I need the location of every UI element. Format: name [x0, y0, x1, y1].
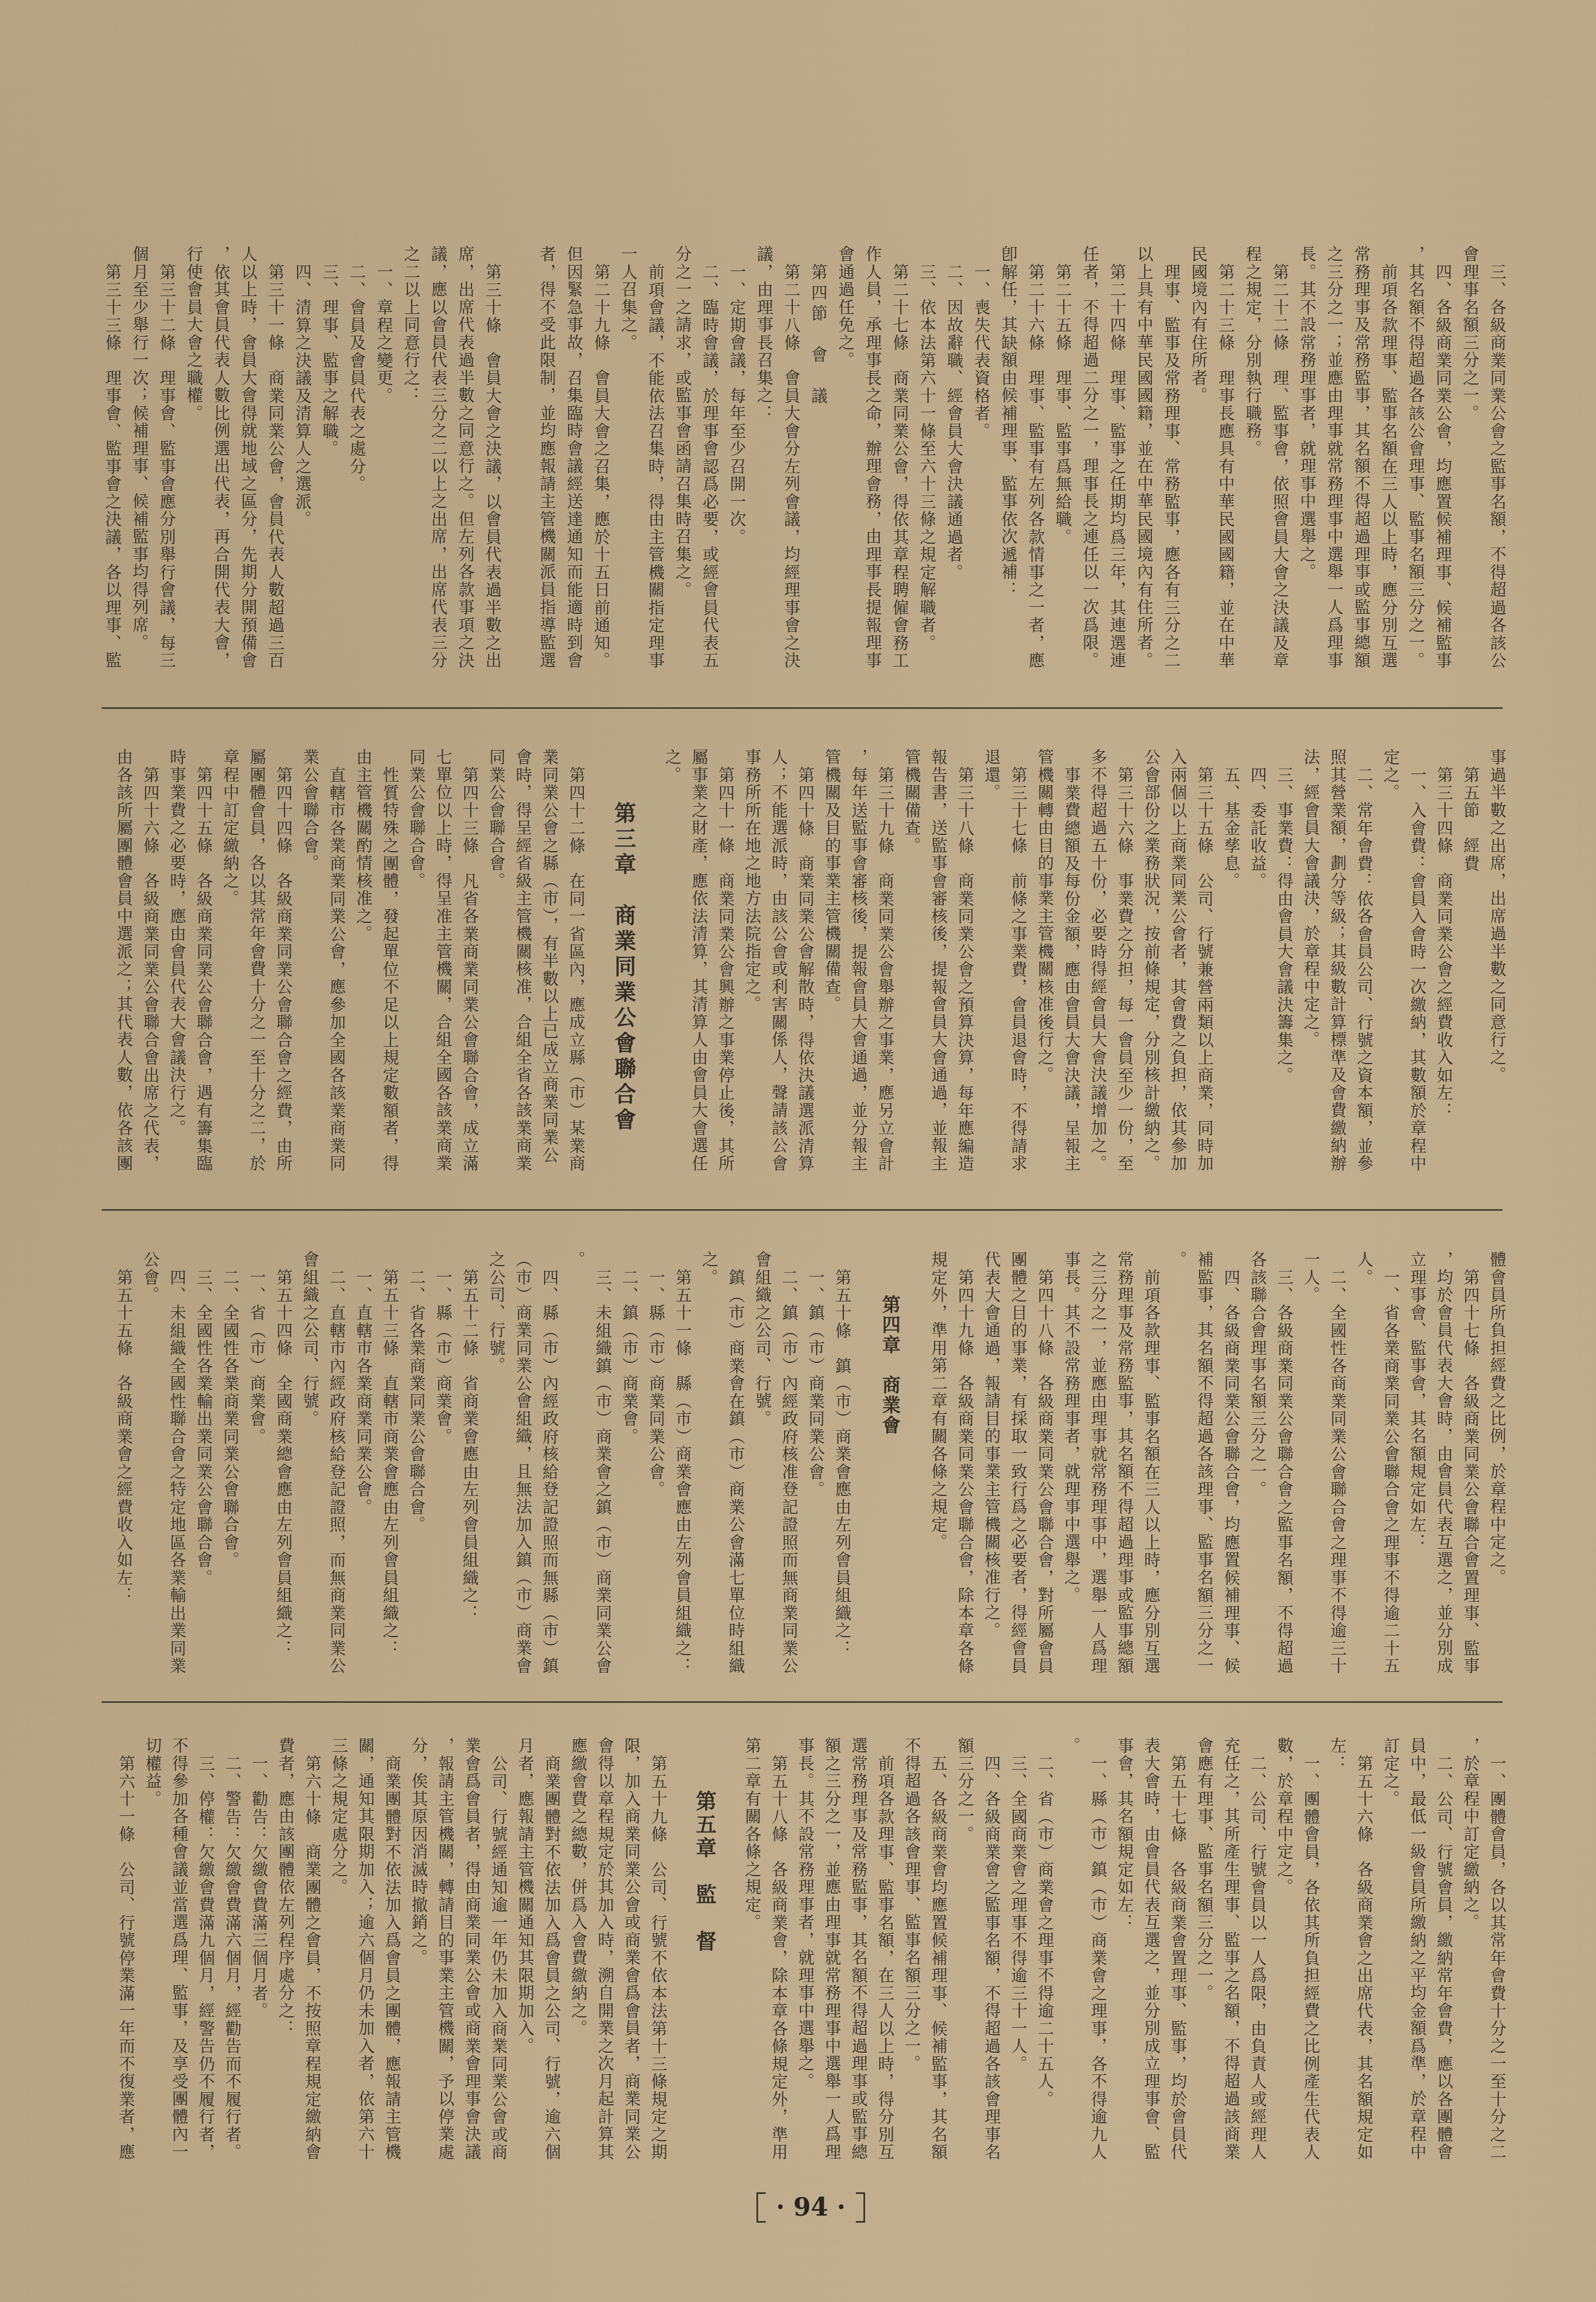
text-column: 團體之目的事業，有採取一致行爲之必要者，得經會員 — [1004, 1251, 1031, 1675]
text-band-4: 一、團體會員，各以其常年會費十分之一至十分之二 ，於章程中訂定繳納之。 二、公司… — [112, 1737, 1510, 2161]
text-column: 三、各級商業同業公會之監事名額，不得超過各該公 — [1483, 246, 1510, 669]
text-column: 第三十七條 前條之事業費，會員退會時，不得請求 — [1004, 749, 1031, 1172]
text-column: 三條之規定處分之。 — [325, 1737, 351, 2161]
text-column: 者，得不受此限制，並均應報請主管機關派員指導監選 — [532, 246, 559, 669]
text-column: 一、縣（市）商業會。 — [429, 1251, 456, 1675]
text-column: 規定外，準用第二章有關各條之規定。 — [924, 1251, 951, 1675]
text-column: 四、清算之決議及清算人之選派。 — [288, 246, 315, 669]
text-column: 一、團體會員，各依其所負担經費之比例產生代表人 — [1297, 1737, 1323, 2161]
text-column: 屬事業之財產，應依法清算，其清算人由會員大會選任 — [685, 749, 711, 1172]
text-column: 第五十一條 縣（市）商業會應由左列會員組織之： — [668, 1251, 695, 1675]
text-column: 會時，得呈經省級主管機關核准，合組全省各該業商業 — [509, 749, 535, 1172]
text-column: 三、理事、監事之解職。 — [315, 246, 342, 669]
text-column: 之公司、行號。 — [482, 1251, 509, 1675]
text-column: 第四十九條 各級商業同業公會聯合會，除本章各條 — [951, 1251, 977, 1675]
text-column: 前項各款理事、監事名額在三人以上時，應分別互選 — [1137, 1251, 1164, 1675]
text-column: 三、全國商業會之理事不得逾三十一人。 — [1004, 1737, 1031, 2161]
divider-line — [102, 1209, 1503, 1211]
text-column: 。 — [1164, 1251, 1190, 1675]
text-column: 五、各級商業會均應置候補理事、候補監事，其名額 — [924, 1737, 951, 2161]
text-column: 分之一之請求，或監事會函請召集時召集之。 — [668, 246, 695, 669]
text-column: 五、基金孳息。 — [1217, 749, 1244, 1172]
text-column: 程之規定，分別執行職務。 — [1238, 246, 1265, 669]
text-column: 第三十條 會員大會之決議，以會員代表過半數之出 — [478, 246, 505, 669]
text-column: 卽解任，其缺額由候補理事、監事依次遞補： — [994, 246, 1021, 669]
text-column: 第四十六條 各級商業同業公會聯合會出席之代表， — [136, 749, 163, 1172]
text-column: 法，經會員大會議決，於章程中定之。 — [1297, 749, 1323, 1172]
text-column: 二、鎮（市）商業會。 — [615, 1251, 642, 1675]
text-column: 應繳會費之總數，併爲入會費繳納之。 — [564, 1737, 591, 2161]
text-column: 第二十七條 商業同業公會，得依其章程聘僱會務工 — [885, 246, 912, 669]
text-column: 第五十三條 直轄市商業會應由左列會員組織之： — [376, 1251, 402, 1675]
text-column: 第三十三條 理事會、監事會之決議，各以理事、監 — [98, 246, 125, 669]
text-column: 管機關備查。 — [898, 749, 924, 1172]
text-column: 二、公司、行號會員，繳納常年會費，應以各團體會 — [1430, 1737, 1456, 2161]
text-column: 任者，不得超過二分之一，理事長之連任以一次爲限。 — [1075, 246, 1102, 669]
text-column: 第五十八條 各級商業會，除本章各條規定外，準用 — [765, 1737, 791, 2161]
text-column: 會組織之公司、行號。 — [748, 1251, 775, 1675]
text-column: 人；不能選派時，由該公會或利害關係人，聲請該公會 — [765, 749, 791, 1172]
text-column: 一、縣（市）商業同業公會。 — [642, 1251, 668, 1675]
text-column: 商業團體對不依法加入爲會員之公司、行號，逾六個 — [538, 1737, 564, 2161]
text-column: 額三分之一。 — [951, 1737, 977, 2161]
text-column: 一、喪失代表資格者。 — [967, 246, 994, 669]
text-column: 事過半數之出席，出席過半數之同意行之。 — [1483, 749, 1510, 1172]
text-column: 會得以章程規定於其加入時，溯自開業之次月起計算其 — [591, 1737, 617, 2161]
text-column: 第三十一條 商業同業公會，會員代表人數超過三百 — [261, 246, 288, 669]
text-column: 二、公司、行號會員以一人爲限，由負責人或經理人 — [1244, 1737, 1270, 2161]
text-column: 二、臨時會議，於理事會認爲必要，或經會員代表五 — [695, 246, 722, 669]
text-band-3: 體會員所負担經費之比例，於章程中定之。 第四十七條 各級商業同業公會聯合會置理事… — [110, 1251, 1510, 1675]
text-column: 一、章程之變更。 — [369, 246, 396, 669]
text-column: 第三十九條 商業同業公會舉辦之事業，應另立會計 — [871, 749, 898, 1172]
text-column: 屬團體會員，各以其常年會費十分之一至十分之二，於 — [243, 749, 269, 1172]
text-column: 數，於章程中定之。 — [1270, 1737, 1297, 2161]
text-column: 業公會聯合會。 — [296, 749, 323, 1172]
text-column: 前項會議，不能依法召集時，得由主管機關指定理事 — [641, 246, 668, 669]
text-column: 第五十五條 各級商業會之經費收入如左： — [110, 1251, 136, 1675]
text-column: 體會員所負担經費之比例，於章程中定之。 — [1483, 1251, 1510, 1675]
text-column: 會組織之公司、行號。 — [296, 1251, 323, 1675]
text-column: 一、縣（市）鎮（市）商業會之理事，各不得逾九人 — [1084, 1737, 1111, 2161]
text-column: 三、各級商業同業公會聯合會之監事名額，不得超過 — [1270, 1251, 1297, 1675]
text-column: 事長。其不設常務理事者，就理事中選舉之。 — [791, 1737, 818, 2161]
text-column: 表大會時，由會員代表互選之，並分別成立理事會、監 — [1137, 1737, 1164, 2161]
text-column: 代表大會通過，報請目的事業主管機關核准行之。 — [977, 1251, 1004, 1675]
text-column: 二、鎮（市）內經政府核准登記證照而無商業同業公 — [775, 1251, 802, 1675]
text-column: 之。 — [695, 1251, 722, 1675]
text-column: 常務理事及常務監事，其名額不得超過理事或監事總額 — [1347, 246, 1374, 669]
text-column: 民國境內有住所者。 — [1184, 246, 1211, 669]
text-column: 選常務理事及常務監事，其名額不得超過理事或監事總 — [844, 1737, 871, 2161]
text-column: 第二章有關各條之規定。 — [738, 1737, 765, 2161]
text-column: 第六十一條 公司、行號停業滿一年而不復業者，應 — [112, 1737, 138, 2161]
text-column: 照其營業額，劃分等級；其級數計算標準及會費繳納辦 — [1323, 749, 1350, 1172]
section-heading: 第四節 會 議 — [804, 246, 831, 669]
text-column: 一、定期會議，每年至少召開一次。 — [722, 246, 749, 669]
divider-line — [102, 707, 1503, 709]
text-column: 第四十五條 各級商業同業公會聯合會，遇有籌集臨 — [190, 749, 216, 1172]
chapter-heading: 第五章 監 督 — [671, 1737, 738, 2161]
text-column: 不得參加各種會議並當選爲理、監事，及享受團體內一 — [165, 1737, 192, 2161]
text-column: 訂定之。 — [1377, 1737, 1403, 2161]
text-column: 第二十三條 理事長應具有中華民國國籍，並在中華 — [1211, 246, 1238, 669]
text-column: 前項各款理事、監事名額在三人以上時，應分別互選 — [1374, 246, 1401, 669]
divider-line — [102, 1701, 1503, 1703]
text-column: 一、省各業商業同業公會聯合會之理事不得逾二十五 — [1377, 1251, 1403, 1675]
text-column: 第二十八條 會員大會分左列會議，均經理事會之決 — [777, 246, 804, 669]
text-column: 管機關轉由目的事業主管機關核准後行之。 — [1031, 749, 1057, 1172]
text-column: 四、未組織全國性聯合會之特定地區各業輸出業同業 — [163, 1251, 190, 1675]
text-column: 第五十六條 各級商業會之出席代表，其名額規定如 — [1350, 1737, 1377, 2161]
text-column: 一、鎮（市）商業同業公會。 — [802, 1251, 828, 1675]
text-column: 第四十八條 各級商業同業公會聯合會，對所屬會員 — [1031, 1251, 1057, 1675]
text-column: 二、直轄市內經政府核給登記證照，而無商業同業公 — [323, 1251, 349, 1675]
text-column: 切權益。 — [138, 1737, 165, 2161]
text-column: 事務所所在地之地方法院指定之。 — [738, 749, 765, 1172]
text-column: 業同業公會之縣（市），有半數以上已成立商業同業公 — [535, 749, 562, 1172]
text-column: ，均於會員代表大會時，由會員代表互選之，並分別成 — [1430, 1251, 1456, 1675]
text-column: 多不得超過五十份，必要時得經會員大會決議增加之。 — [1084, 749, 1111, 1172]
text-column: 個月至少舉行一次；候補理事、候補監事均得列席。 — [125, 246, 152, 669]
text-column: 二、警告：欠繳會費滿六個月，經勸告而不履行者。 — [218, 1737, 245, 2161]
text-column: 定之。 — [1377, 749, 1403, 1172]
text-column: 二、會員及會員代表之處分。 — [342, 246, 369, 669]
text-column: 額之三分之一，並應由理事就常務理事中選舉一人爲理 — [818, 1737, 844, 2161]
text-column: 議，由理事長召集之： — [749, 246, 777, 669]
text-column: 三、未組織鎮（市）商業會之鎮（市）商業同業公會 — [589, 1251, 615, 1675]
text-column: 四、各級商業同業公會聯合會，均應置候補理事、候 — [1217, 1251, 1244, 1675]
text-column: 二、全國性各商業同業公會聯合會之理事不得逾三十 — [1323, 1251, 1350, 1675]
text-column: 會理事名額三分之一。 — [1455, 246, 1483, 669]
text-column: 四、縣（市）內經政府核給登記證照而無縣（市）鎮 — [535, 1251, 562, 1675]
text-column: 三、依本法第六十一條至六十三條之規定解職者。 — [912, 246, 939, 669]
text-column: 一人召集之。 — [614, 246, 641, 669]
text-column: 一、入會費：會員入會時一次繳納，其數額於章程中 — [1403, 749, 1430, 1172]
text-column: 一、勸告：欠繳會費滿三個月者。 — [245, 1737, 272, 2161]
text-column: 長。其不設常務理事者，就理事中選舉之。 — [1292, 246, 1320, 669]
text-column: 分，俟其原因消滅時撤銷之。 — [405, 1737, 431, 2161]
text-column: 各該聯合會理事名額三分之一。 — [1244, 1251, 1270, 1675]
text-column: 管機關及目的事業主管機關備查。 — [818, 749, 844, 1172]
text-column: 二、常年會費：依各會員公司、行號之資本額，並參 — [1350, 749, 1377, 1172]
text-column: 議，應以會員代表三分之二以上之出席，出席代表三分 — [424, 246, 451, 669]
text-column: 會通過任免之。 — [831, 246, 858, 669]
page-number: · 94 · — [756, 2192, 865, 2222]
text-column: 第五十二條 省商業會應由左列會員組織之： — [456, 1251, 482, 1675]
text-column: 商業團體對不依法加入爲會員之團體，應報請主管機 — [378, 1737, 405, 2161]
text-column: 公會。 — [136, 1251, 163, 1675]
text-column: 第四十四條 各級商業同業公會聯合會之經費，由所 — [269, 749, 296, 1172]
text-column: 。 — [1057, 1737, 1084, 2161]
text-column: 報告書，送監事會審核後，提報會員大會通過，並報主 — [924, 749, 951, 1172]
scanned-page: 三、各級商業同業公會之監事名額，不得超過各該公 會理事名額三分之一。 四、各級商… — [0, 0, 1596, 2302]
text-column: 公司、行號經通知逾一年仍未加入商業同業公會或商 — [484, 1737, 511, 2161]
text-column: 不得超過各該會理事、監事名額三分之一。 — [898, 1737, 924, 2161]
text-column: 充任之，其所產生理事、監事之名額，不得超過該商業 — [1217, 1737, 1244, 2161]
text-column: 第三十二條 理事會、監事會應分別舉行會議，每三 — [152, 246, 179, 669]
text-column: 會應有理事、監事名額三分之一。 — [1190, 1737, 1217, 2161]
text-column: 人以上時，會員大會得就地域之區分，先期分開預備會 — [234, 246, 261, 669]
text-column: 之三分之一，並應由理事就常務理事中，選舉一人爲理 — [1084, 1251, 1111, 1675]
text-column: 二、省各業商業同業公會聯合會。 — [402, 1251, 429, 1675]
text-column: 第二十九條 會員大會之召集，應於十五日前通知。 — [586, 246, 614, 669]
text-column: 第二十二條 理、監事會，依照會員大會之決議及章 — [1265, 246, 1292, 669]
section-heading: 第五節 經費 — [1456, 749, 1483, 1172]
text-column: 第六十條 商業團體之會員，不按照章程規定繳納會 — [298, 1737, 325, 2161]
text-column: 第三十五條 公司、行號兼營兩類以上商業，同時加 — [1190, 749, 1217, 1172]
text-column: 一、省（市）商業會。 — [243, 1251, 269, 1675]
text-column: 理事、監事及常務理事、常務監事，應各有三分之二 — [1157, 246, 1184, 669]
text-column: 行使會員大會之職權。 — [179, 246, 206, 669]
text-column: 第二十五條 理事、監事爲無給職。 — [1048, 246, 1075, 669]
text-column: 作人員，承理事長之命，辦理會務，由理事長提報理事 — [858, 246, 885, 669]
text-column: 一、團體會員，各以其常年會費十分之一至十分之二 — [1483, 1737, 1510, 2161]
text-band-1: 三、各級商業同業公會之監事名額，不得超過各該公 會理事名額三分之一。 四、各級商… — [98, 246, 1510, 669]
text-column: 席，出席代表過半數之同意行之。但左列各款事項之決 — [451, 246, 478, 669]
text-column: 章程中訂定繳納之。 — [216, 749, 243, 1172]
text-column: 七單位以上時，得呈准主管機關，合組全國各該業商業 — [429, 749, 456, 1172]
text-column: 月者，應報請主管機關通知其限期加入。 — [511, 1737, 538, 2161]
text-column: 立理事會、監事會，其名額規定如左： — [1403, 1251, 1430, 1675]
text-column: ，依其會員代表人數比例選出代表，再合開代表大會， — [206, 246, 234, 669]
text-column: 二、因故辭職、經會員大會決議通過者。 — [939, 246, 967, 669]
text-column: 四、委託收益。 — [1244, 749, 1270, 1172]
text-column: 第五十條 鎮（市）商業會應由左列會員組織之： — [828, 1251, 855, 1675]
text-column: 由各該所屬團體會員中選派之；其代表人數，依各該團 — [110, 749, 136, 1172]
text-column: 補監事，其名額不得超過各該理事、監事名額三分之一 — [1190, 1251, 1217, 1675]
text-column: 以上具有中華民國國籍，並在中華民國境內有住所者。 — [1130, 246, 1157, 669]
text-column: 事業費總額及每份金額，應由會員大會決議，呈報主 — [1057, 749, 1084, 1172]
text-column: 二、省（市）商業會之理事不得逾二十五人。 — [1031, 1737, 1057, 2161]
text-column: 事長。其不設常務理事者，就理事中選舉之。 — [1057, 1251, 1084, 1675]
text-column: 鎮（市）商業會在鎮（市）商業公會滿七單位時組織 — [722, 1251, 748, 1675]
text-column: 之二以上同意行之： — [396, 246, 424, 669]
text-column: 一、直轄市各業商業同業公會。 — [349, 1251, 376, 1675]
text-column: 之三分之一；並應由理事就常務理事中選舉一人爲理事 — [1320, 246, 1347, 669]
text-column: 業會爲會員者，得由商業同業公會或商業會理事會決議 — [458, 1737, 484, 2161]
text-column: 第五十九條 公司、行號不依本法第十三條規定之期 — [644, 1737, 671, 2161]
text-column: 但因緊急事故，召集臨時會議經送達通知而能適時到會 — [559, 246, 586, 669]
text-column: 第五十四條 全國商業總會應由左列會員組織之： — [269, 1251, 296, 1675]
chapter-heading: 第三章 商業同業公會聯合會 — [589, 749, 658, 1172]
text-column: 由主管機關酌情核准之。 — [349, 749, 376, 1172]
text-column: 第四十條 商業同業公會解散時，得依決議選派清算 — [791, 749, 818, 1172]
text-column: 關，通知其限期加入；逾六個月仍未加入者，依第六十 — [351, 1737, 378, 2161]
text-column: 。 — [562, 1251, 589, 1675]
text-column: 前項各款理事、監事名額，在三人以上時，得分別互 — [871, 1737, 898, 2161]
text-column: 直轄市各業商業同業公會，應參加全國各該業商業同 — [323, 749, 349, 1172]
text-column: ，其名額不得超過各該公會理事、監事名額三分之一。 — [1401, 246, 1428, 669]
text-column: 二、全國性各業商業同業公會聯合會。 — [216, 1251, 243, 1675]
text-column: 之。 — [658, 749, 685, 1172]
chapter-heading: 第四章 商業會 — [855, 1251, 924, 1675]
text-column: 人。 — [1350, 1251, 1377, 1675]
text-column: 左： — [1323, 1737, 1350, 2161]
text-column: 第三十六條 事業費之分担，每一會員至少一份，至 — [1111, 749, 1137, 1172]
text-column: 同業公會聯合會。 — [482, 749, 509, 1172]
text-column: 四、各級商業會之監事名額，不得超過各該會理事名 — [977, 1737, 1004, 2161]
text-column: 退還。 — [977, 749, 1004, 1172]
text-column: 時事業費之必要時，應由會員代表大會議決行之。 — [163, 749, 190, 1172]
text-column: 第五十七條 各級商業會置理事、監事，均於會員代 — [1164, 1737, 1190, 2161]
text-column: 三、停權：欠繳會費滿九個月，經警告仍不履行者， — [192, 1737, 218, 2161]
text-column: 第四十二條 在同一省區內，應成立縣（市）某業商 — [562, 749, 589, 1172]
text-column: ，每年送監事會審核後，提報會員大會通過，並分報主 — [844, 749, 871, 1172]
text-column: 同業公會聯合會。 — [402, 749, 429, 1172]
text-column: ，於章程中訂定繳納之。 — [1456, 1737, 1483, 2161]
text-band-2: 事過半數之出席，出席過半數之同意行之。 第五節 經費 第三十四條 商業同業公會之… — [110, 749, 1510, 1172]
text-column: 費者，應由該團體依左列程序處分之： — [272, 1737, 298, 2161]
text-column: 事會，其名額規定如左： — [1111, 1737, 1137, 2161]
text-column: 第四十三條 凡省各業商業同業公會聯合會，成立滿 — [456, 749, 482, 1172]
text-column: 員中，最低一級會員所繳納之平均金額爲準，於章程中 — [1403, 1737, 1430, 2161]
text-column: 四、各級商業同業公會，均應置候補理事、候補監事 — [1428, 246, 1455, 669]
text-column: 第三十四條 商業同業公會之經費收入如左： — [1430, 749, 1456, 1172]
text-column: 第二十四條 理事、監事之任期均爲三年，其連選連 — [1102, 246, 1130, 669]
text-column: 第四十一條 商業同業公會興辦之事業停止後，其所 — [711, 749, 738, 1172]
text-column: 入兩個以上商業同業公會者，其會費之負担，依其參加 — [1164, 749, 1190, 1172]
blank-column — [505, 246, 532, 669]
text-column: 一人。 — [1297, 1251, 1323, 1675]
text-column: ，報請主管機關，轉請目的事業主管機關，予以停業處 — [431, 1737, 458, 2161]
text-column: 第二十六條 理事、監事有左列各款情事之一者，應 — [1021, 246, 1048, 669]
text-column: 公會部份之業務狀況，按前條規定，分別核計繳納之。 — [1137, 749, 1164, 1172]
text-column: 第四十七條 各級商業同業公會聯合會置理事、監事 — [1456, 1251, 1483, 1675]
text-column: （市）商業同業公會組織，且無法加入鎮（市）商業會 — [509, 1251, 535, 1675]
text-column: 三、全國性各業輸出業同業公會聯合會。 — [190, 1251, 216, 1675]
text-column: 三、事業費：得由會員大會議決籌集之。 — [1270, 749, 1297, 1172]
text-column: 第三十八條 商業同業公會之預算決算，每年應編造 — [951, 749, 977, 1172]
text-column: 限，加入商業同業公會或商業會爲會員者，商業同業公 — [617, 1737, 644, 2161]
text-column: 性質特殊之團體，發起單位不足以上規定數額者，得 — [376, 749, 402, 1172]
text-column: 常務理事及常務監事，其名額不得超過理事或監事總額 — [1111, 1251, 1137, 1675]
